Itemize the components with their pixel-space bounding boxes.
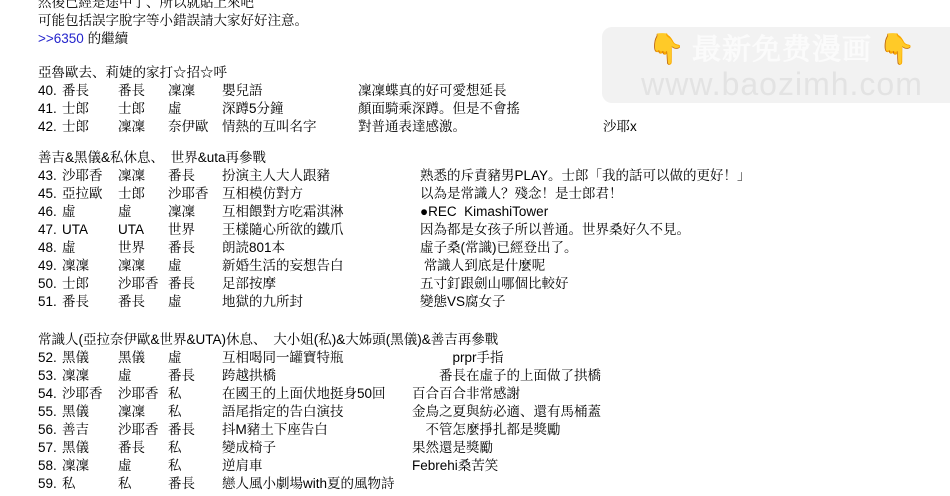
role-1: 凜凜 [62, 257, 118, 275]
role-2: 凜凜 [118, 167, 168, 185]
comment: 因為都是女孩子所以普通。世界桑好久不見。 [420, 221, 690, 239]
role-1: 沙耶香 [62, 167, 118, 185]
list-row: 58.凜凜虛私逆肩車Febrehi桑苦笑 [38, 457, 950, 475]
watermark-title: 最新免费漫画 [692, 34, 872, 66]
row-number: 48. [38, 239, 62, 257]
event-title: 嬰兒語 [222, 82, 358, 100]
comment: 顏面騎乘深蹲。但是不會搖 [358, 100, 520, 118]
list-row: 43.沙耶香凜凜番長扮演主人大人跟豬熟悉的斥責豬男PLAY。士郎「我的話可以做的… [38, 167, 950, 185]
event-title: 足部按摩 [222, 275, 420, 293]
event-title: 深蹲5分鐘 [222, 100, 358, 118]
role-2: 凜凜 [118, 118, 168, 136]
event-title: 變成椅子 [222, 439, 412, 457]
role-2: 士郎 [118, 100, 168, 118]
role-3: 凜凜 [168, 82, 222, 100]
role-2: 番長 [118, 439, 168, 457]
section-header: 善吉&黑儀&私休息、 世界&uta再參戰 [38, 149, 950, 167]
watermark-headline: 👇最新免费漫画👇 [602, 32, 950, 68]
event-title: 互相模仿對方 [222, 185, 420, 203]
list-row: 46.虛虛凜凜互相餵對方吃霜淇淋●REC KimashiTower [38, 203, 950, 221]
event-title: 地獄的九所封 [222, 293, 420, 311]
list-row: 45.亞拉歐士郎沙耶香互相模仿對方以為是常識人？殘念！是士郎君！ [38, 185, 950, 203]
list-row: 59.私私番長戀人風小劇場with夏的風物詩 [38, 475, 950, 493]
comment: 以為是常識人？殘念！是士郎君！ [420, 185, 623, 203]
event-title: 扮演主人大人跟豬 [222, 167, 420, 185]
event-title: 朗読801本 [222, 239, 420, 257]
role-3: 番長 [168, 421, 222, 439]
pointing-hand-icon: 👇 [872, 33, 922, 66]
list-row: 50.士郎沙耶香番長足部按摩五寸釘跟劍山哪個比較好 [38, 275, 950, 293]
list-row: 48.虛世界番長朗読801本虛子桑(常識)已經登出了。 [38, 239, 950, 257]
row-number: 41. [38, 100, 62, 118]
role-2: 虛 [118, 367, 168, 385]
list-row: 49.凜凜凜凜虛新婚生活的妄想告白 常識人到底是什麼呢 [38, 257, 950, 275]
role-1: 番長 [62, 82, 118, 100]
event-title: 新婚生活的妄想告白 [222, 257, 420, 275]
role-2: 凜凜 [118, 403, 168, 421]
role-1: 黑儀 [62, 403, 118, 421]
row-number: 52. [38, 349, 62, 367]
row-number: 47. [38, 221, 62, 239]
role-3: 私 [168, 457, 222, 475]
role-2: 番長 [118, 82, 168, 100]
role-2: 黑儀 [118, 349, 168, 367]
row-number: 43. [38, 167, 62, 185]
role-3: 虛 [168, 349, 222, 367]
row-number: 46. [38, 203, 62, 221]
role-2: 凜凜 [118, 257, 168, 275]
role-3: 番長 [168, 275, 222, 293]
role-1: 善吉 [62, 421, 118, 439]
row-number: 45. [38, 185, 62, 203]
role-3: 番長 [168, 239, 222, 257]
role-3: 虛 [168, 257, 222, 275]
role-2: 私 [118, 475, 168, 493]
row-number: 55. [38, 403, 62, 421]
comment: 凜凜蝶真的好可愛想延長 [358, 82, 507, 100]
role-1: 黑儀 [62, 349, 118, 367]
event-title: 跨越拱橋 [222, 367, 412, 385]
quote-suffix: 的繼續 [84, 30, 128, 48]
list-row: 53.凜凜虛番長跨越拱橋 番長在虛子的上面做了拱橋 [38, 367, 950, 385]
row-number: 53. [38, 367, 62, 385]
row-number: 51. [38, 293, 62, 311]
list-section: 常識人(亞拉奈伊歐&世界&UTA)休息、 大小姐(私)&大姊頭(黑儀)&善吉再參… [38, 331, 950, 493]
role-1: 士郎 [62, 118, 118, 136]
list-row: 47.UTAUTA世界王樣隨心所欲的鐵爪因為都是女孩子所以普通。世界桑好久不見。 [38, 221, 950, 239]
role-3: 私 [168, 385, 222, 403]
role-1: 虛 [62, 239, 118, 257]
list-row: 54.沙耶香沙耶香私在國王的上面伏地挺身50回百合百合非常感謝 [38, 385, 950, 403]
comment: 五寸釘跟劍山哪個比較好 [420, 275, 569, 293]
comment: 變態VS腐女子 [420, 293, 506, 311]
event-title: 逆肩車 [222, 457, 412, 475]
role-1: 凜凜 [62, 457, 118, 475]
role-1: 虛 [62, 203, 118, 221]
role-3: 沙耶香 [168, 185, 222, 203]
comment: prpr手指 [412, 349, 504, 367]
role-1: 黑儀 [62, 439, 118, 457]
list-section: 善吉&黑儀&私休息、 世界&uta再參戰43.沙耶香凜凜番長扮演主人大人跟豬熟悉… [38, 149, 950, 311]
list-sections: 亞魯歐去、莉婕的家打☆招☆呼40.番長番長凜凜嬰兒語凜凜蝶真的好可愛想延長41.… [38, 64, 950, 493]
comment: 虛子桑(常識)已經登出了。 [420, 239, 578, 257]
role-1: 凜凜 [62, 367, 118, 385]
pointing-hand-icon: 👇 [642, 33, 692, 66]
role-2: 世界 [118, 239, 168, 257]
event-title: 抖M豬土下座告白 [222, 421, 412, 439]
role-2: 虛 [118, 203, 168, 221]
event-title: 戀人風小劇場with夏的風物詩 [222, 475, 412, 493]
role-3: 番長 [168, 475, 222, 493]
watermark-banner[interactable]: 👇最新免费漫画👇 www.baozimh.com [602, 27, 950, 103]
event-title: 互相喝同一罐寶特瓶 [222, 349, 412, 367]
list-row: 57.黑儀番長私變成椅子果然還是獎勵 [38, 439, 950, 457]
role-1: 士郎 [62, 275, 118, 293]
event-title: 互相餵對方吃霜淇淋 [222, 203, 420, 221]
role-3: 奈伊歐 [168, 118, 222, 136]
role-1: UTA [62, 221, 118, 239]
intro-line-1: 然後已經是途中了、所以就貼上來吧 [38, 0, 950, 12]
comment: 不管怎麼掙扎都是獎勵 [412, 421, 561, 439]
comment: 果然還是獎勵 [412, 439, 493, 457]
role-1: 沙耶香 [62, 385, 118, 403]
role-2: 番長 [118, 293, 168, 311]
role-3: 番長 [168, 167, 222, 185]
role-2: 虛 [118, 457, 168, 475]
row-number: 54. [38, 385, 62, 403]
role-2: 士郎 [118, 185, 168, 203]
row-number: 49. [38, 257, 62, 275]
comment: 熟悉的斥責豬男PLAY。士郎「我的話可以做的更好！」 [420, 167, 751, 185]
role-2: 沙耶香 [118, 275, 168, 293]
row-number: 58. [38, 457, 62, 475]
role-3: 番長 [168, 367, 222, 385]
role-1: 私 [62, 475, 118, 493]
comment-extra: 沙耶x [603, 118, 637, 136]
event-title: 語尾指定的告白演技 [222, 403, 412, 421]
row-number: 57. [38, 439, 62, 457]
role-3: 世界 [168, 221, 222, 239]
role-1: 士郎 [62, 100, 118, 118]
comment: ●REC KimashiTower [420, 203, 548, 221]
quote-link[interactable]: >>6350 [38, 30, 84, 48]
list-row: 42.士郎凜凜奈伊歐情熱的互叫名字對普通表達感激。沙耶x [38, 118, 950, 136]
section-header: 常識人(亞拉奈伊歐&世界&UTA)休息、 大小姐(私)&大姊頭(黑儀)&善吉再參… [38, 331, 950, 349]
event-title: 王樣隨心所欲的鐵爪 [222, 221, 420, 239]
role-1: 亞拉歐 [62, 185, 118, 203]
comment: 對普通表達感激。 [358, 118, 466, 136]
role-3: 凜凜 [168, 203, 222, 221]
role-2: 沙耶香 [118, 421, 168, 439]
comment: 常識人到底是什麼呢 [420, 257, 545, 275]
row-number: 59. [38, 475, 62, 493]
event-title: 情熱的互叫名字 [222, 118, 358, 136]
list-row: 51.番長番長虛地獄的九所封變態VS腐女子 [38, 293, 950, 311]
list-row: 52.黑儀黑儀虛互相喝同一罐寶特瓶 prpr手指 [38, 349, 950, 367]
comment: 番長在虛子的上面做了拱橋 [412, 367, 601, 385]
event-title: 在國王的上面伏地挺身50回 [222, 385, 412, 403]
row-number: 42. [38, 118, 62, 136]
row-number: 50. [38, 275, 62, 293]
role-3: 私 [168, 439, 222, 457]
comment: Febrehi桑苦笑 [412, 457, 498, 475]
watermark-url[interactable]: www.baozimh.com [602, 68, 950, 102]
comment: 百合百合非常感謝 [412, 385, 520, 403]
role-3: 私 [168, 403, 222, 421]
role-2: 沙耶香 [118, 385, 168, 403]
row-number: 40. [38, 82, 62, 100]
row-number: 56. [38, 421, 62, 439]
role-1: 番長 [62, 293, 118, 311]
role-3: 虛 [168, 293, 222, 311]
list-row: 56.善吉沙耶香番長抖M豬土下座告白 不管怎麼掙扎都是獎勵 [38, 421, 950, 439]
role-3: 虛 [168, 100, 222, 118]
list-row: 55.黑儀凜凜私語尾指定的告白演技金鳥之夏與紡必適、還有馬桶蓋 [38, 403, 950, 421]
role-2: UTA [118, 221, 168, 239]
comment: 金鳥之夏與紡必適、還有馬桶蓋 [412, 403, 601, 421]
